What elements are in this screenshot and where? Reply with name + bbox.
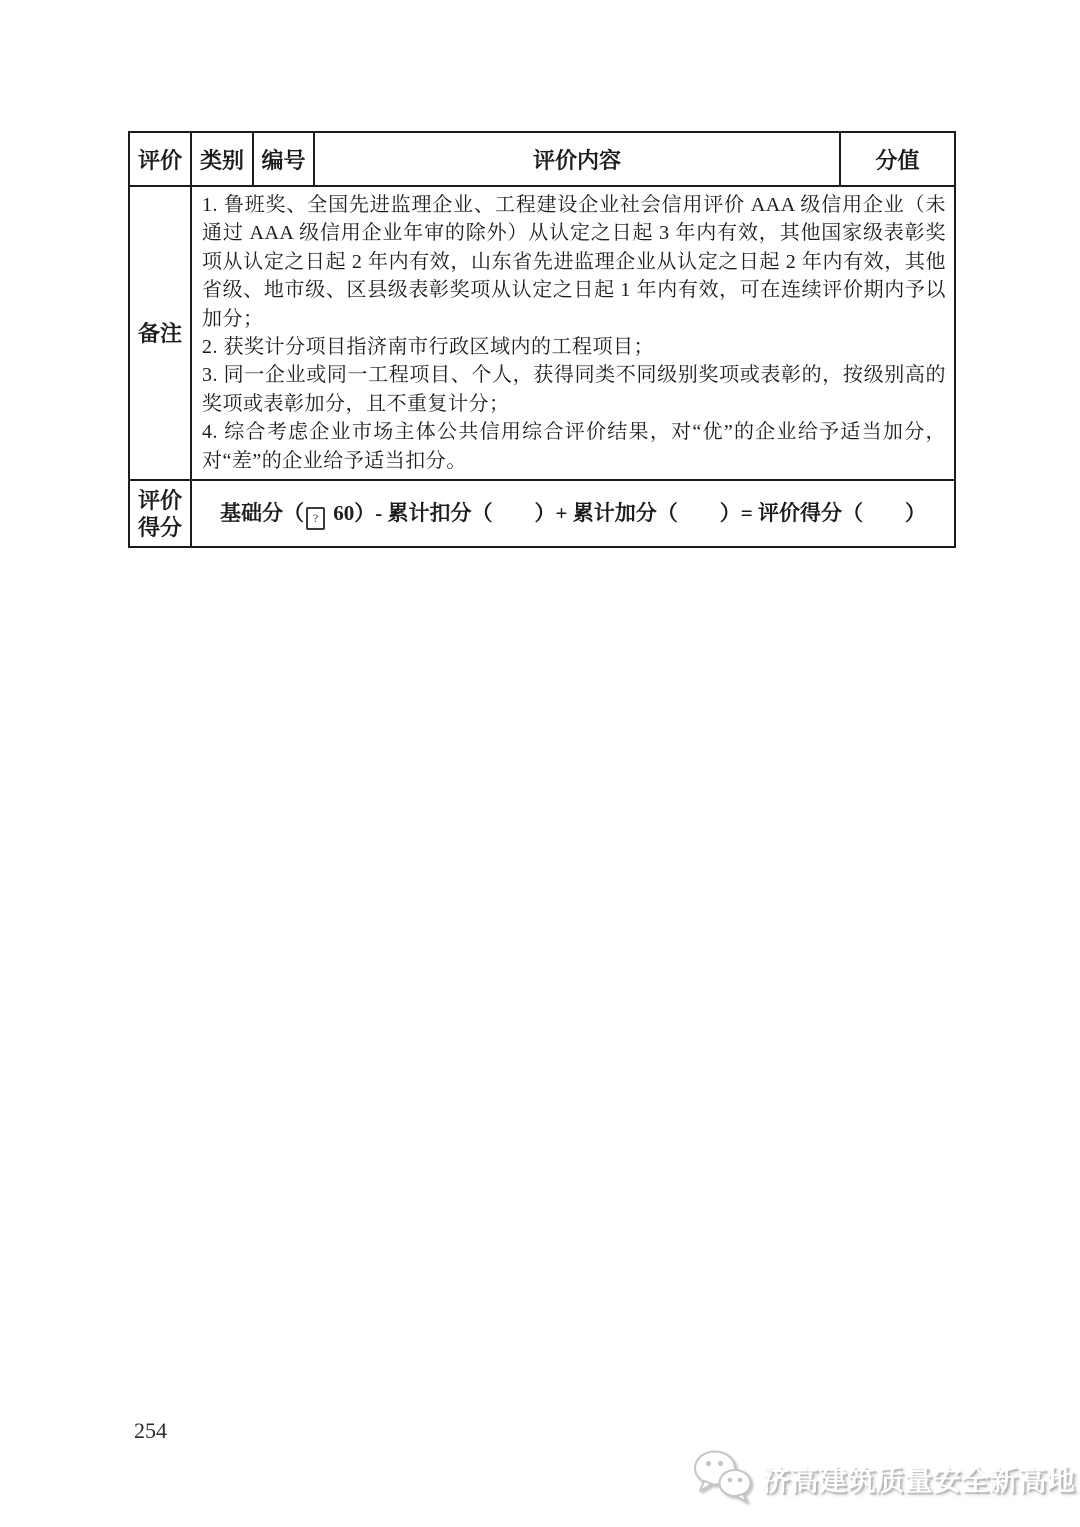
remarks-label: 备注 — [129, 186, 191, 480]
score-label: 评价 得分 — [129, 480, 191, 547]
header-cell-pingjianeirong: 评价内容 — [314, 132, 840, 186]
header-cell-leibie: 类别 — [191, 132, 253, 186]
footer-watermark: 济高建筑质量安全新高地 — [692, 1448, 1076, 1509]
score-formula-prefix: 基础分（ — [220, 501, 304, 525]
remarks-row: 备注 1. 鲁班奖、全国先进监理企业、工程建设企业社会信用评价 AAA 级信用企… — [129, 186, 955, 480]
header-cell-fenzhi: 分值 — [840, 132, 955, 186]
evaluation-table: 评价 类别 编号 评价内容 分值 备注 1. 鲁班奖、全国先进监理企业、工程建设… — [128, 131, 956, 548]
missing-glyph-box: ? — [306, 507, 325, 530]
header-cell-pingjia: 评价 — [129, 132, 191, 186]
header-cell-bianhao: 编号 — [253, 132, 314, 186]
remark-note-1: 1. 鲁班奖、全国先进监理企业、工程建设企业社会信用评价 AAA 级信用企业（未… — [202, 191, 946, 333]
watermark-text: 济高建筑质量安全新高地 — [762, 1459, 1076, 1499]
wechat-icon — [692, 1448, 754, 1509]
score-label-line2: 得分 — [131, 514, 189, 541]
remark-note-4: 4. 综合考虑企业市场主体公共信用综合评价结果，对“优”的企业给予适当加分，对“… — [202, 418, 946, 475]
remark-note-2: 2. 获奖计分项目指济南市行政区域内的工程项目； — [202, 333, 946, 361]
score-label-line1: 评价 — [131, 487, 189, 514]
document-page: 评价 类别 编号 评价内容 分值 备注 1. 鲁班奖、全国先进监理企业、工程建设… — [0, 0, 1080, 1527]
table-header-row: 评价 类别 编号 评价内容 分值 — [129, 132, 955, 186]
score-formula: 基础分（? 60）- 累计扣分（ ）+ 累计加分（ ）= 评价得分（ ） — [191, 480, 955, 547]
score-formula-suffix: 60）- 累计扣分（ ）+ 累计加分（ ）= 评价得分（ ） — [328, 501, 926, 525]
remarks-content: 1. 鲁班奖、全国先进监理企业、工程建设企业社会信用评价 AAA 级信用企业（未… — [191, 186, 955, 480]
remark-note-3: 3. 同一企业或同一工程项目、个人，获得同类不同级别奖项或表彰的，按级别高的奖项… — [202, 361, 946, 418]
score-row: 评价 得分 基础分（? 60）- 累计扣分（ ）+ 累计加分（ ）= 评价得分（… — [129, 480, 955, 547]
page-number: 254 — [134, 1418, 167, 1444]
